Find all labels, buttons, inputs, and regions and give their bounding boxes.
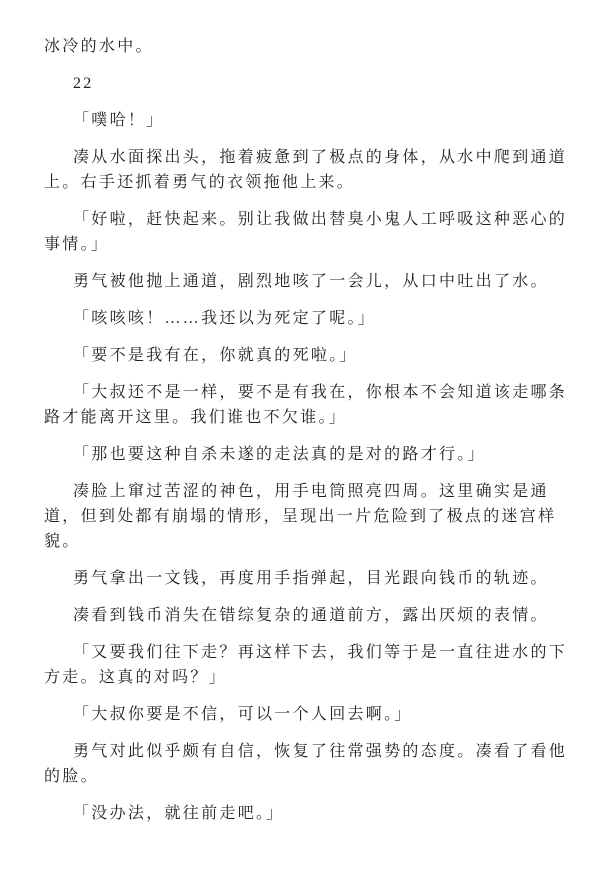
page-content: 冰冷的水中。22「噗哈！」凑从水面探出头，拖着疲惫到了极点的身体，从水中爬到通道… [44,34,571,826]
paragraph-dialogue: 「噗哈！」 [44,108,571,133]
paragraph-narration: 勇气对此似乎颇有自信，恢复了往常强势的态度。凑看了看他的脸。 [44,739,571,789]
document-page: 冰冷的水中。22「噗哈！」凑从水面探出头，拖着疲惫到了极点的身体，从水中爬到通道… [0,0,613,869]
paragraph-dialogue: 「大叔你要是不信，可以一个人回去啊。」 [44,702,571,727]
paragraph-narration-continued: 冰冷的水中。 [44,34,571,59]
paragraph-dialogue: 「没办法，就往前走吧。」 [44,801,571,826]
paragraph-dialogue: 「大叔还不是一样，要不是有我在，你根本不会知道该走哪条路才能离开这里。我们谁也不… [44,380,571,430]
paragraph-narration: 凑从水面探出头，拖着疲惫到了极点的身体，从水中爬到通道上。右手还抓着勇气的衣领拖… [44,145,571,195]
paragraph-dialogue: 「又要我们往下走？再这样下去，我们等于是一直往进水的下方走。这真的对吗？」 [44,640,571,690]
paragraph-narration: 凑看到钱币消失在错综复杂的通道前方，露出厌烦的表情。 [44,603,571,628]
paragraph-dialogue: 「那也要这种自杀未遂的走法真的是对的路才行。」 [44,442,571,467]
paragraph-section-number: 22 [44,71,571,96]
paragraph-dialogue: 「要不是我有在，你就真的死啦。」 [44,343,571,368]
paragraph-narration: 勇气拿出一文钱，再度用手指弹起，目光跟向钱币的轨迹。 [44,566,571,591]
paragraph-dialogue: 「咳咳咳！……我还以为死定了呢。」 [44,306,571,331]
paragraph-dialogue: 「好啦，赶快起来。别让我做出替臭小鬼人工呼吸这种恶心的事情。」 [44,207,571,257]
paragraph-narration: 凑脸上窜过苦涩的神色，用手电筒照亮四周。这里确实是通道，但到处都有崩塌的情形，呈… [44,479,571,554]
paragraph-narration: 勇气被他抛上通道，剧烈地咳了一会儿，从口中吐出了水。 [44,269,571,294]
